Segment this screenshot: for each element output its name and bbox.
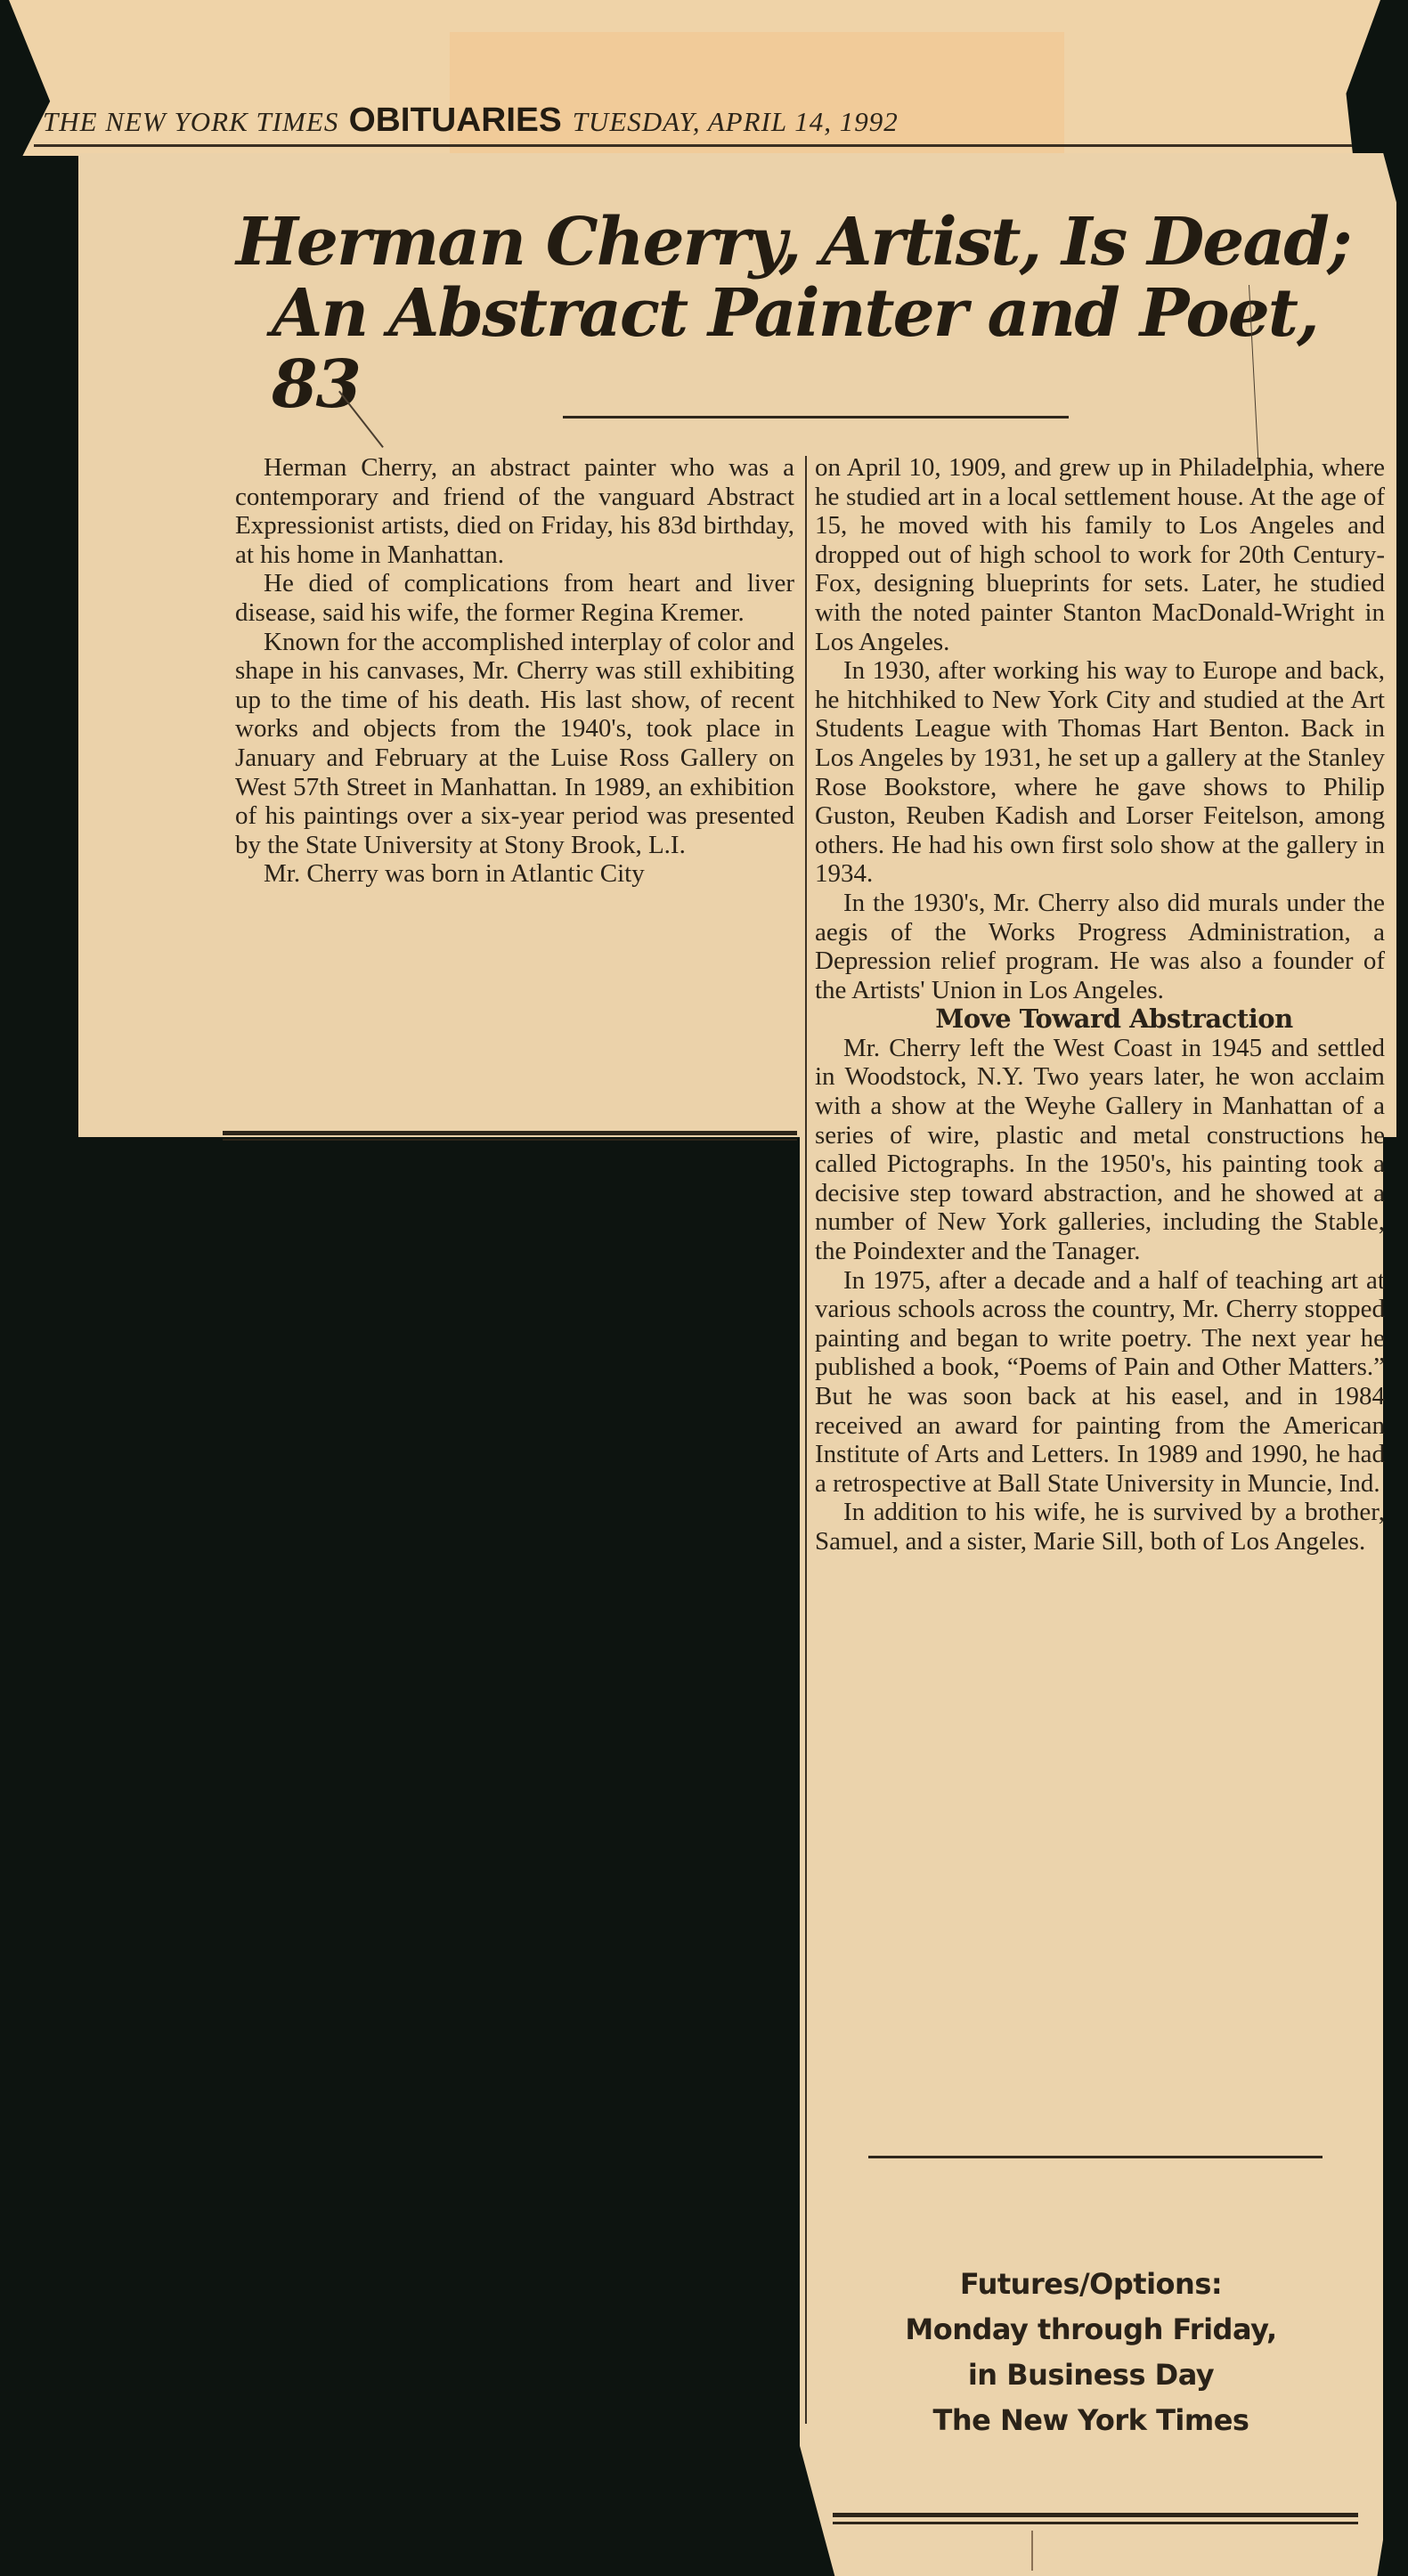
section-name: OBITUARIES	[349, 102, 562, 140]
subheading: Move Toward Abstraction	[815, 1004, 1385, 1034]
paragraph: In addition to his wife, he is survived …	[815, 1498, 1385, 1556]
promo-line: Futures/Options:	[806, 2262, 1376, 2307]
paragraph: Mr. Cherry was born in Atlantic City	[235, 859, 794, 889]
paragraph: In the 1930's, Mr. Cherry also did mural…	[815, 889, 1385, 1004]
newspaper-name: THE NEW YORK TIMES	[43, 106, 338, 138]
promo-line: The New York Times	[806, 2398, 1376, 2443]
page-bottom-rule	[833, 2513, 1358, 2517]
headline-rule	[563, 416, 1069, 418]
column-divider	[805, 456, 807, 2424]
paragraph: Known for the accomplished interplay of …	[235, 628, 794, 860]
page-bottom-rule	[833, 2522, 1358, 2524]
paragraph: In 1930, after working his way to Europe…	[815, 656, 1385, 889]
promo-line: Monday through Friday,	[806, 2307, 1376, 2353]
article-column-right: on April 10, 1909, and grew up in Philad…	[815, 453, 1385, 1556]
column-end-rule	[223, 1131, 797, 1135]
article-column-left: Herman Cherry, an abstract painter who w…	[235, 453, 794, 889]
article-end-rule	[868, 2156, 1323, 2158]
promo-notice: Futures/Options: Monday through Friday, …	[806, 2262, 1376, 2443]
paragraph: Mr. Cherry left the West Coast in 1945 a…	[815, 1034, 1385, 1266]
paragraph: Herman Cherry, an abstract painter who w…	[235, 453, 794, 569]
paragraph: He died of complications from heart and …	[235, 569, 794, 627]
headline-line-1: Herman Cherry, Artist, Is Dead;	[236, 207, 1394, 279]
masthead-clipping: THE NEW YORK TIMES OBITUARIES TUESDAY, A…	[9, 0, 1380, 156]
headline-line-2: An Abstract Painter and Poet, 83	[236, 279, 1394, 421]
paper-tear	[1031, 2531, 1033, 2571]
headline: Herman Cherry, Artist, Is Dead; An Abstr…	[236, 207, 1394, 421]
paragraph: In 1975, after a decade and a half of te…	[815, 1266, 1385, 1499]
promo-line: in Business Day	[806, 2353, 1376, 2398]
masthead: THE NEW YORK TIMES OBITUARIES TUESDAY, A…	[43, 102, 1352, 140]
paragraph-continuation: on April 10, 1909, and grew up in Philad…	[815, 453, 1385, 656]
column-end-rule	[223, 1139, 797, 1141]
masthead-rule	[34, 144, 1352, 147]
publication-date: TUESDAY, APRIL 14, 1992	[573, 106, 899, 138]
